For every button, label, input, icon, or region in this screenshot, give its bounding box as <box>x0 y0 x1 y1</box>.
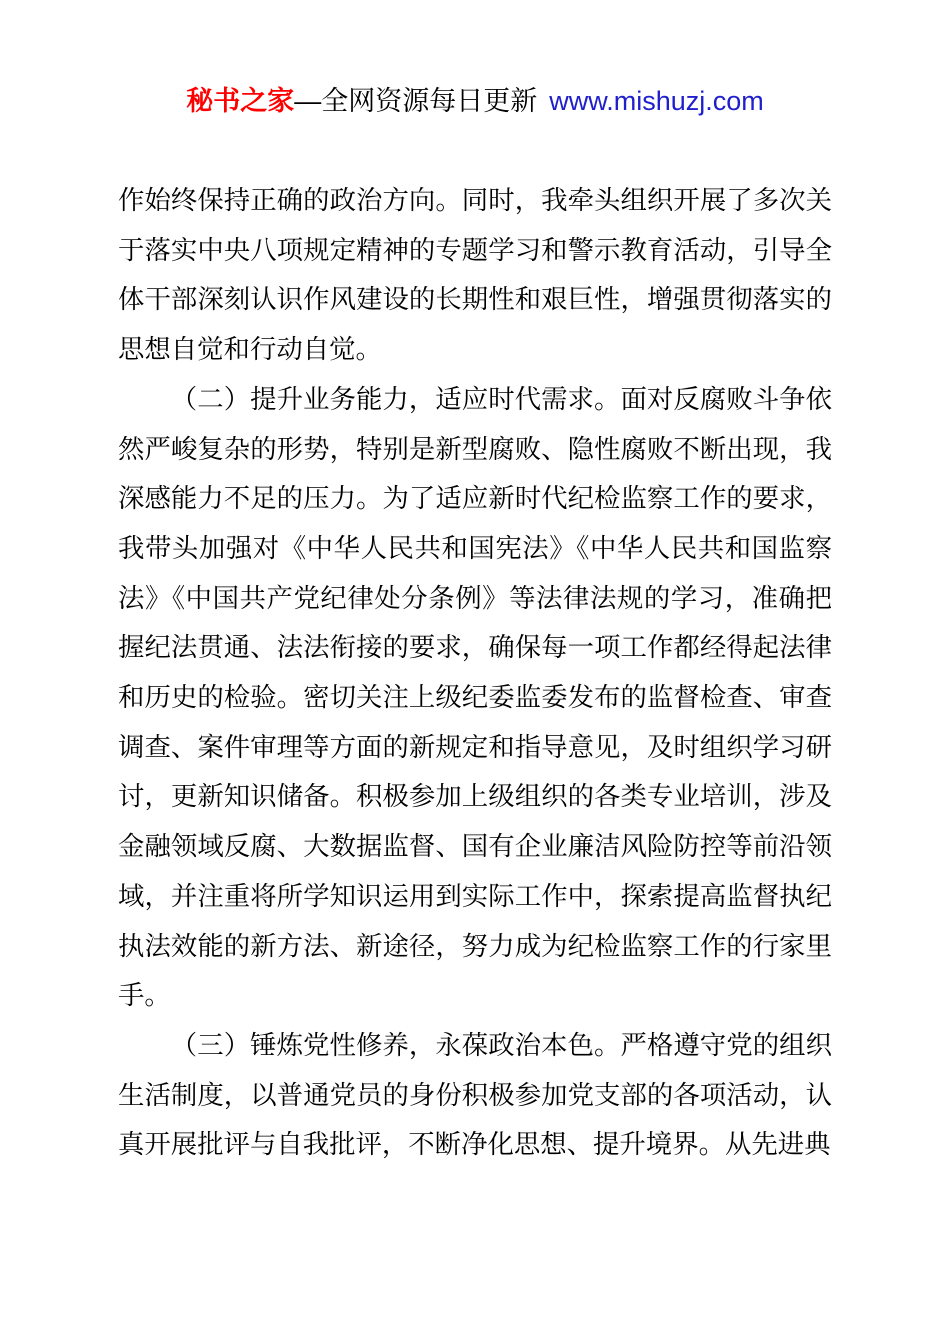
paragraph: 作始终保持正确的政治方向。同时，我牵头组织开展了多次关于落实中央八项规定精神的专… <box>118 176 832 375</box>
site-brand: 秘书之家 <box>186 86 294 116</box>
site-tagline: 全网资源每日更新 <box>321 86 537 116</box>
paragraph: （三）锤炼党性修养，永葆政治本色。严格遵守党的组织生活制度，以普通党员的身份积极… <box>118 1021 832 1170</box>
site-header: 秘书之家—全网资源每日更新www.mishuzj.com <box>0 82 950 120</box>
site-url-link[interactable]: www.mishuzj.com <box>549 86 764 116</box>
header-dash: — <box>294 86 321 116</box>
document-body: 作始终保持正确的政治方向。同时，我牵头组织开展了多次关于落实中央八项规定精神的专… <box>118 176 832 1170</box>
paragraph: （二）提升业务能力，适应时代需求。面对反腐败斗争依然严峻复杂的形势，特别是新型腐… <box>118 375 832 1021</box>
document-page: 秘书之家—全网资源每日更新www.mishuzj.com 作始终保持正确的政治方… <box>0 0 950 1344</box>
